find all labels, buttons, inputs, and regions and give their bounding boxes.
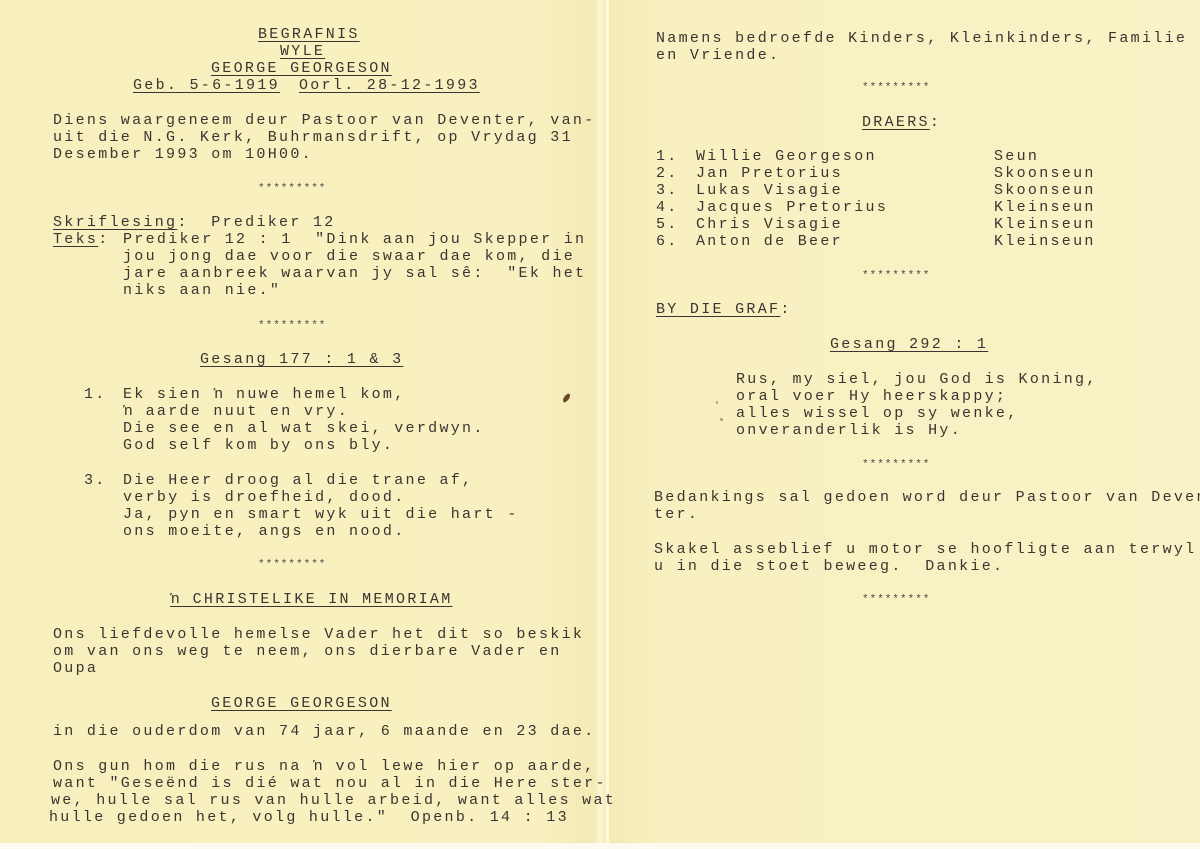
pallbearer-number: 6. xyxy=(656,233,679,250)
text-line: jare aanbreek waarvan jy sal sê: "Ek het xyxy=(123,265,586,282)
memoriam-age: in die ouderdom van 74 jaar, 6 maande en… xyxy=(53,723,595,740)
graveside-hymn-title: Gesang 292 : 1 xyxy=(830,336,988,353)
ink-speck xyxy=(716,401,718,404)
separator: ********* xyxy=(862,80,930,97)
verse-line: Ja, pyn en smart wyk uit die hart - xyxy=(123,506,519,523)
verse-line: Die Heer droog al die trane af, xyxy=(123,472,473,489)
separator: ********* xyxy=(258,557,326,574)
pallbearer-name: Chris Visagie xyxy=(696,216,843,233)
verse-number: 1. xyxy=(84,386,107,403)
service-line: Desember 1993 om 10H00. xyxy=(53,146,313,163)
pallbearers-colon: : xyxy=(930,114,941,131)
separator: ********* xyxy=(862,457,930,474)
text-row: Teks: xyxy=(53,231,110,248)
pallbearer-name: Jan Pretorius xyxy=(696,165,843,182)
pallbearer-relation: Skoonseun xyxy=(994,165,1096,182)
thanks-line: Bedankings sal gedoen word deur Pastoor … xyxy=(654,489,1200,506)
pallbearer-number: 1. xyxy=(656,148,679,165)
on-behalf-line: Namens bedroefde Kinders, Kleinkinders, … xyxy=(656,30,1187,47)
on-behalf-line: en Vriende. xyxy=(656,47,780,64)
reading-value: Prediker 12 xyxy=(211,214,335,231)
hymn-title: Gesang 177 : 1 & 3 xyxy=(200,351,403,368)
graveside-hymn-line: alles wissel op sy wenke, xyxy=(736,405,1019,422)
header-wyle: WYLE xyxy=(280,43,325,60)
text-label: Teks xyxy=(53,231,98,248)
pallbearer-name: Anton de Beer xyxy=(696,233,843,250)
memoriam-intro-line: Oupa xyxy=(53,660,98,677)
separator: ********* xyxy=(862,592,930,609)
headlights-line: Skakel asseblief u motor se hoofligte aa… xyxy=(654,541,1196,558)
pallbearers-title: DRAERS xyxy=(862,114,930,131)
graveside-title: BY DIE GRAF xyxy=(656,301,780,318)
graveside-hymn-line: onveranderlik is Hy. xyxy=(736,422,962,439)
memoriam-title: ŉ CHRISTELIKE IN MEMORIAM xyxy=(170,591,453,608)
left-page: BEGRAFNIS WYLE GEORGE GEORGESON Geb. 5-6… xyxy=(0,0,604,843)
pallbearer-number: 3. xyxy=(656,182,679,199)
pallbearer-relation: Seun xyxy=(994,148,1039,165)
pallbearer-relation: Kleinseun xyxy=(994,199,1096,216)
text-line: jou jong dae voor die swaar dae kom, die xyxy=(123,248,575,265)
memoriam-name: GEORGE GEORGESON xyxy=(211,695,392,712)
pallbearer-name: Lukas Visagie xyxy=(696,182,843,199)
ink-speck xyxy=(720,418,723,421)
verse-line: Ek sien ŉ nuwe hemel kom, xyxy=(123,386,406,403)
headlights-line: u in die stoet beweeg. Dankie. xyxy=(654,558,1004,575)
pallbearer-number: 4. xyxy=(656,199,679,216)
separator: ********* xyxy=(862,268,930,285)
verse-line: God self kom by ons bly. xyxy=(123,437,394,454)
header-name: GEORGE GEORGESON xyxy=(211,60,392,77)
page-fold xyxy=(606,0,609,843)
header-died: Oorl. 28-12-1993 xyxy=(299,77,480,94)
memoriam-closing-line: Ons gun hom die rus na ŉ vol lewe hier o… xyxy=(53,758,595,775)
memoriam-intro-line: Ons liefdevolle hemelse Vader het dit so… xyxy=(53,626,584,643)
pallbearer-name: Jacques Pretorius xyxy=(696,199,888,216)
header-title: BEGRAFNIS xyxy=(258,26,360,43)
pallbearer-relation: Skoonseun xyxy=(994,182,1096,199)
paper-edge xyxy=(0,843,1200,849)
pallbearer-relation: Kleinseun xyxy=(994,233,1096,250)
service-line: Diens waargeneem deur Pastoor van Devent… xyxy=(53,112,595,129)
memoriam-intro-line: om van ons weg te neem, ons dierbare Vad… xyxy=(53,643,562,660)
verse-line: ons moeite, angs en nood. xyxy=(123,523,406,540)
reading-label: Skriflesing xyxy=(53,214,177,231)
ink-mark xyxy=(562,392,572,403)
text-colon: : xyxy=(98,231,109,248)
service-line: uit die N.G. Kerk, Buhrmansdrift, op Vry… xyxy=(53,129,573,146)
thanks-line: ter. xyxy=(654,506,699,523)
graveside-hymn-line: oral voer Hy heerskappy; xyxy=(736,388,1007,405)
right-page: Namens bedroefde Kinders, Kleinkinders, … xyxy=(610,0,1200,843)
pallbearer-name: Willie Georgeson xyxy=(696,148,877,165)
pallbearer-number: 5. xyxy=(656,216,679,233)
memoriam-closing-line: hulle gedoen het, volg hulle." Openb. 14… xyxy=(49,809,569,826)
header-born: Geb. 5-6-1919 xyxy=(133,77,280,94)
separator: ********* xyxy=(258,181,326,198)
pallbearer-number: 2. xyxy=(656,165,679,182)
verse-line: verby is droefheid, dood. xyxy=(123,489,406,506)
verse-number: 3. xyxy=(84,472,107,489)
text-line: Prediker 12 : 1 "Dink aan jou Skepper in xyxy=(123,231,586,248)
pallbearers-heading: DRAERS: xyxy=(862,114,941,131)
memoriam-closing-line: we, hulle sal rus van hulle arbeid, want… xyxy=(51,792,616,809)
text-line: niks aan nie." xyxy=(123,282,281,299)
graveside-colon: : xyxy=(780,301,791,318)
reading-colon: : xyxy=(177,214,211,231)
graveside-heading: BY DIE GRAF: xyxy=(656,301,792,318)
verse-line: ŉ aarde nuut en vry. xyxy=(123,403,349,420)
memoriam-closing-line: want "Geseënd is dié wat nou al in die H… xyxy=(53,775,607,792)
pallbearer-relation: Kleinseun xyxy=(994,216,1096,233)
reading-row: Skriflesing: Prediker 12 xyxy=(53,214,336,231)
separator: ********* xyxy=(258,318,326,335)
verse-line: Die see en al wat skei, verdwyn. xyxy=(123,420,485,437)
graveside-hymn-line: Rus, my siel, jou God is Koning, xyxy=(736,371,1098,388)
